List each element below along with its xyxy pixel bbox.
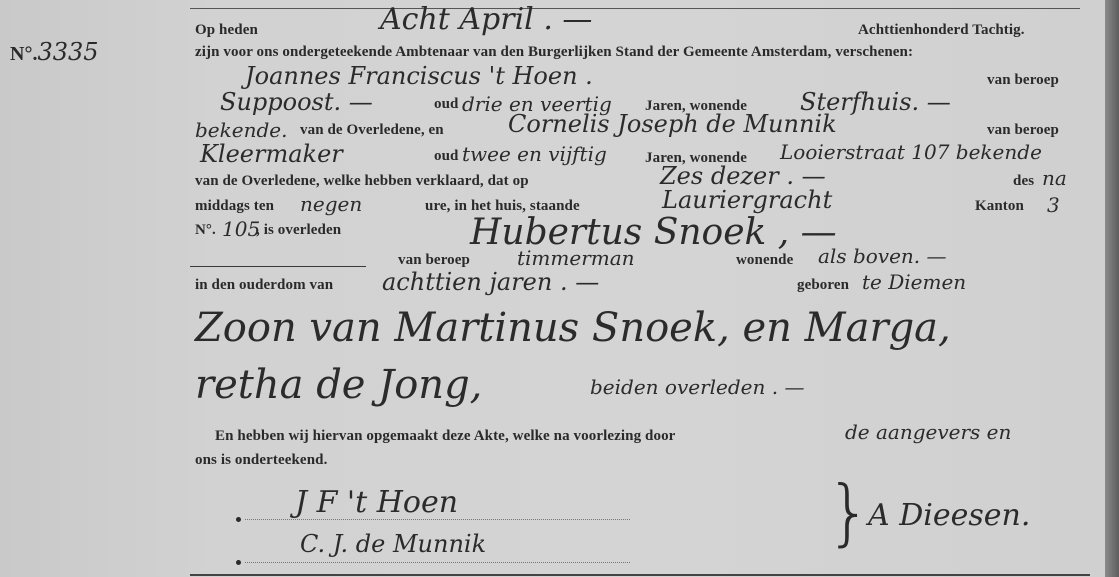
house-no-label: N°.: [195, 222, 216, 239]
witness2-occupation: Kleermaker: [200, 140, 343, 168]
geboren-label: geboren: [797, 277, 849, 294]
des-value: na: [1042, 166, 1067, 190]
signature-bullet-1: [236, 517, 241, 522]
house-number: 105: [222, 217, 260, 241]
deceased-wonende-label: wonende: [736, 252, 793, 269]
bottom-rule: [190, 574, 1090, 576]
page-edge-shadow: [1105, 0, 1119, 577]
record-number: N°.3335: [10, 38, 99, 66]
signature-bullet-2: [236, 560, 241, 565]
deceased-occupation: timmerman: [517, 246, 635, 270]
closing-line-1: En hebben wij hiervan opgemaakt deze Akt…: [215, 428, 675, 445]
death-street: Lauriergracht: [662, 186, 832, 214]
record-number-value: 3335: [37, 38, 98, 66]
top-rule: [190, 8, 1080, 9]
witness2-oud-label: oud: [434, 148, 459, 165]
handwritten-date: Acht April . —: [380, 2, 592, 37]
declaration-clause: van de Overledene, welke hebben verklaar…: [195, 173, 529, 190]
appearance-clause: zijn voor ons ondergeteekende Ambtenaar …: [195, 44, 913, 61]
witness1-relation: bekende.: [195, 118, 287, 142]
witness1-beroep-label: van beroep: [987, 72, 1059, 89]
parents-line-2-suffix: beiden overleden . —: [590, 375, 804, 399]
witness2-beroep-label: van beroep: [987, 122, 1059, 139]
witness1-oud-label: oud: [434, 96, 459, 113]
witness2-name: Cornelis Joseph de Munnik: [508, 110, 837, 138]
op-heden-label: Op heden: [195, 22, 258, 39]
kanton-label: Kanton: [975, 198, 1024, 215]
record-number-prefix: N°.: [10, 43, 37, 65]
document-page: N°.3335 Op heden Acht April . — Achttien…: [0, 0, 1105, 577]
blank-rule: [190, 266, 366, 267]
birthplace: te Diemen: [862, 270, 966, 294]
death-hour: negen: [300, 192, 362, 216]
witness1-name: Joannes Franciscus 't Hoen .: [245, 62, 593, 90]
parents-line-1: Zoon van Martinus Snoek, en Marga,: [195, 305, 951, 351]
deceased-residence: als boven. —: [818, 244, 947, 268]
kanton-value: 3: [1047, 193, 1060, 217]
signature-line-2: [245, 562, 630, 563]
ouderdom-label: in den ouderdom van: [195, 277, 333, 294]
parents-line-2: retha de Jong,: [195, 362, 482, 408]
des-label: des: [1013, 173, 1034, 190]
witness2-age: twee en vijftig: [462, 142, 607, 166]
deceased-age: achttien jaren . —: [382, 268, 599, 296]
closing-handwritten: de aangevers en: [845, 420, 1011, 444]
signature-witness-2: C. J. de Munnik: [300, 530, 486, 558]
middags-label: middags ten: [195, 198, 274, 215]
witness2-residence: Looierstraat 107 bekende: [780, 140, 1042, 164]
signature-witness-1: J F 't Hoen: [295, 485, 458, 520]
printed-year: Achttienhonderd Tachtig.: [858, 22, 1025, 39]
witness1-occupation: Suppoost. —: [220, 88, 373, 116]
bleedthrough-text: [30, 18, 33, 34]
signature-brace: }: [826, 470, 872, 554]
deceased-beroep-label: van beroep: [398, 252, 470, 269]
signature-official: A Dieesen.: [868, 498, 1030, 533]
closing-line-2: ons is onderteekend.: [195, 452, 327, 469]
witness1-relation-printed: van de Overledene, en: [300, 122, 444, 139]
overleden-label: , is overleden: [256, 222, 341, 239]
